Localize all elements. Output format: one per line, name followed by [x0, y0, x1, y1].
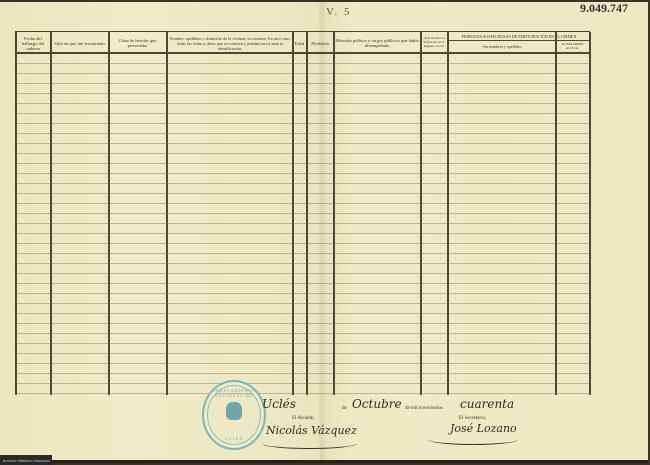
table-row: [15, 223, 590, 224]
table-row: [15, 233, 590, 234]
table-row: [15, 253, 590, 254]
table-row: [15, 263, 590, 264]
table-row: [15, 213, 590, 214]
year-prefix-label: de mil novecientos: [405, 406, 443, 411]
table-row: [15, 243, 590, 244]
table-row: [15, 113, 590, 114]
header-profession: Profesión: [307, 34, 333, 52]
header-wound-type: Clase de heridas que presentaba: [110, 34, 165, 52]
header-political-affiliation: Filiación política y cargos públicos que…: [335, 34, 419, 52]
table-row: [15, 273, 590, 274]
mayor-label: El Alcalde,: [292, 416, 314, 421]
table-row: [15, 103, 590, 104]
table-row: [15, 163, 590, 164]
table-row: [15, 283, 590, 284]
stamp-top-text: AYUNTAMIENTO NACIONAL DE: [204, 388, 264, 398]
victims-register-table: Fecha del hallazgo del cadáver Sitio en …: [15, 31, 590, 395]
table-row: [15, 153, 590, 154]
table-row: [15, 193, 590, 194]
de-label: de: [342, 406, 347, 411]
table-row: [15, 203, 590, 204]
place-handwritten: Uclés: [262, 397, 296, 411]
secretary-label: El Secretario,: [459, 416, 486, 421]
header-suspect-names: Sus nombres y apellidos: [449, 44, 555, 49]
table-row: [15, 333, 590, 334]
table-row: [15, 343, 590, 344]
secretary-signature: José Lozano: [450, 422, 517, 435]
header-age: Edad: [293, 34, 306, 52]
table-row: [15, 323, 590, 324]
mayor-flourish: [262, 438, 357, 449]
header-victim-identity: Nombre, apellidos y domicilio de la víct…: [169, 34, 291, 52]
header-suspects: PERSONAS SOSPECHOSAS DE PARTICIPACIÓN EN…: [449, 34, 589, 39]
page-number-mark: V. 5: [326, 6, 352, 18]
table-row: [15, 293, 590, 294]
secretary-flourish: [428, 434, 518, 445]
table-row: [15, 73, 590, 74]
table-row: [15, 123, 590, 124]
header-date-found: Fecha del hallazgo del cadáver: [17, 34, 49, 52]
stamp-bottom-text: UCLÉS: [204, 436, 264, 441]
suspects-header-rule: [447, 40, 590, 41]
table-row: [15, 393, 590, 394]
municipal-stamp: AYUNTAMIENTO NACIONAL DE UCLÉS: [202, 380, 266, 450]
table-row: [15, 303, 590, 304]
table-row: [15, 83, 590, 84]
year-handwritten: cuarenta: [460, 397, 514, 411]
header-place-found: Sitio en que fué encontrado: [52, 34, 107, 52]
table-row: [15, 183, 590, 184]
mayor-signature: Nicolás Vázquez: [266, 424, 357, 437]
document-page: V. 5 9.049.747 Fecha del hallazgo del ca…: [0, 2, 648, 463]
table-row: [15, 133, 590, 134]
header-bottom-rule: [15, 52, 590, 54]
header-civil-registry: ¿Fué inscrita su defunción en el Registr…: [421, 34, 447, 52]
table-row: [15, 143, 590, 144]
archive-corner-tag: Archivo Histórico Nacional: [0, 455, 52, 465]
table-row: [15, 373, 590, 374]
table-row: [15, 383, 590, 384]
eagle-emblem-icon: [226, 402, 242, 420]
month-handwritten: Octubre: [352, 397, 402, 411]
table-row: [15, 63, 590, 64]
table-row: [15, 313, 590, 314]
header-suspect-whereabouts: SU PARADERO ACTUAL: [556, 42, 589, 50]
table-row: [15, 93, 590, 94]
table-row: [15, 363, 590, 364]
archive-number: 9.049.747: [580, 1, 628, 16]
table-row: [15, 353, 590, 354]
table-row: [15, 173, 590, 174]
